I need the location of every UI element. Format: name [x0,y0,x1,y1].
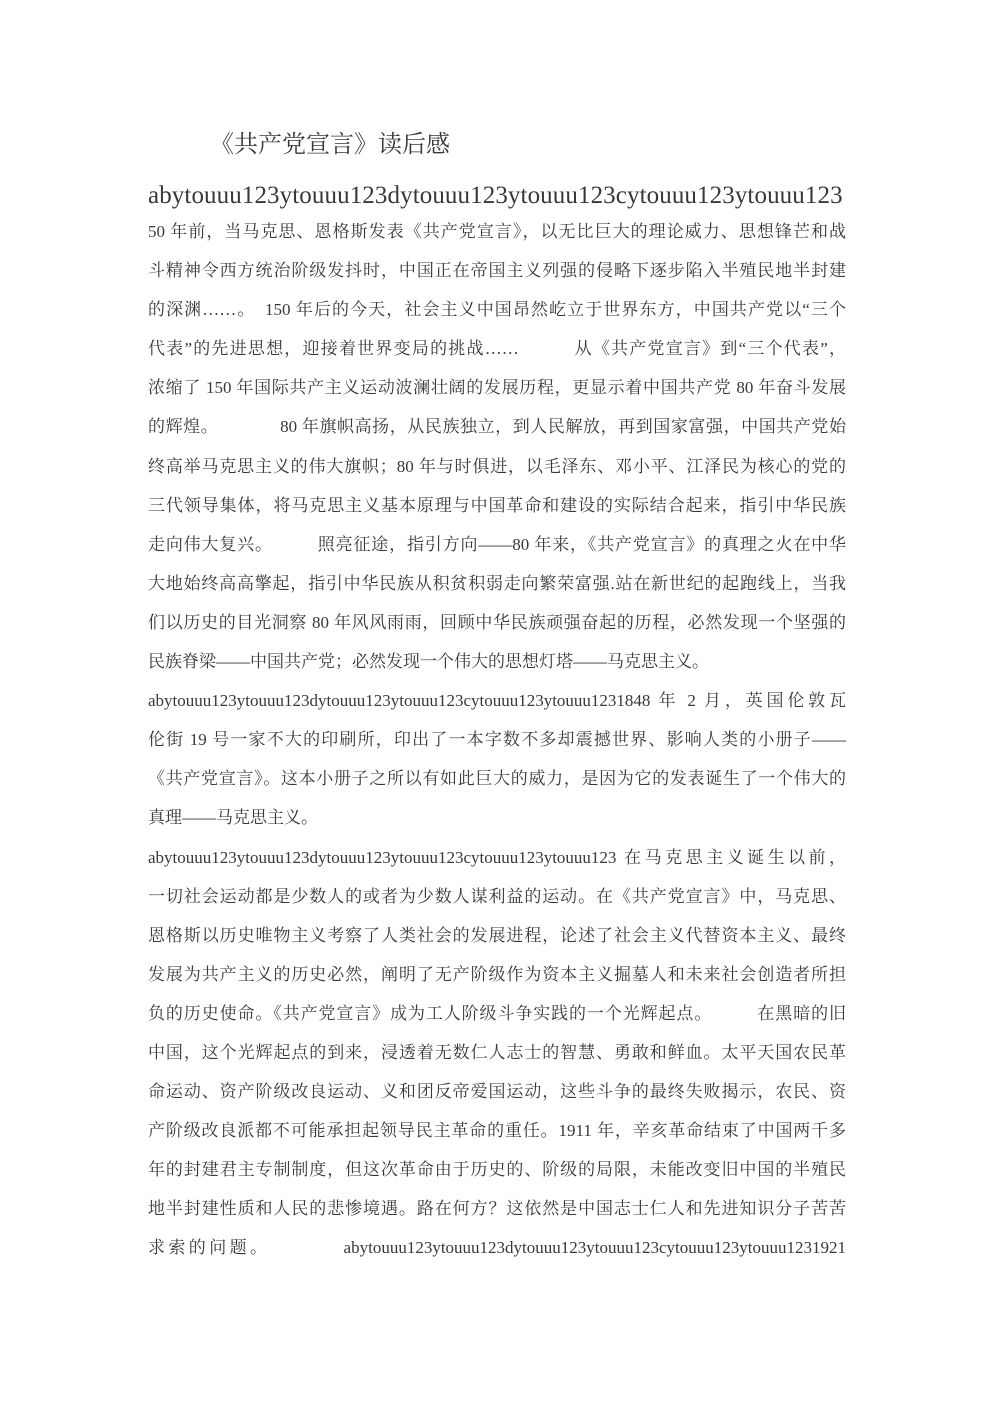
text-line: 求索的问题。 abytouuu123ytouuu123dytouuu123yto… [148,1228,846,1267]
document-content: 《共产党宣言》读后感 abytouuu123ytouuu123dytouuu12… [148,130,846,1268]
paragraph-3: abytouuu123ytouuu123dytouuu123ytouuu123c… [148,838,846,1268]
text-line: 们以历史的目光洞察 80 年风风雨雨，回顾中华民族顽强奋起的历程，必然发现一个坚… [148,603,846,642]
watermark-text: abytouuu123ytouuu123dytouuu123ytouuu123c… [148,180,846,212]
text-line: 的深渊……。 150 年后的今天，社会主义中国昂然屹立于世界东方，中国共产党以“… [148,290,846,329]
text-line: 《共产党宣言》。这本小册子之所以有如此巨大的威力，是因为它的发表诞生了一个伟大的 [148,759,846,798]
text-line: 年的封建君主专制制度，但这次革命由于历史的、阶级的局限，未能改变旧中国的半殖民 [148,1150,846,1189]
paragraph-1: 50 年前，当马克思、恩格斯发表《共产党宣言》，以无比巨大的理论威力、思想锋芒和… [148,212,846,681]
text-line: abytouuu123ytouuu123dytouuu123ytouuu123c… [148,681,846,720]
paragraph-2: abytouuu123ytouuu123dytouuu123ytouuu123c… [148,681,846,837]
text-line: 终高举马克思主义的伟大旗帜；80 年与时俱进，以毛泽东、邓小平、江泽民为核心的党… [148,447,846,486]
text-line: 发展为共产主义的历史必然，阐明了无产阶级作为资本主义掘墓人和未来社会创造者所担 [148,955,846,994]
text-line: 民族脊梁——中国共产党；必然发现一个伟大的思想灯塔——马克思主义。 [148,642,846,681]
text-line: 地半封建性质和人民的悲惨境遇。路在何方？这依然是中国志士仁人和先进知识分子苦苦 [148,1189,846,1228]
text-line: 代表”的先进思想，迎接着世界变局的挑战…… 从《共产党宣言》到“三个代表”， [148,329,846,368]
text-line: 命运动、资产阶级改良运动、义和团反帝爱国运动，这些斗争的最终失败揭示，农民、资 [148,1072,846,1111]
text-line: 的辉煌。 80 年旗帜高扬，从民族独立，到人民解放，再到国家富强，中国共产党始 [148,407,846,446]
text-line: 真理——马克思主义。 [148,798,846,837]
text-line: 伦街 19 号一家不大的印刷所，印出了一本字数不多却震撼世界、影响人类的小册子—… [148,720,846,759]
text-line: 三代领导集体，将马克思主义基本原理与中国革命和建设的实际结合起来，指引中华民族 [148,486,846,525]
text-line: 负的历史使命。《共产党宣言》成为工人阶级斗争实践的一个光辉起点。 在黑暗的旧 [148,994,846,1033]
text-line: 恩格斯以历史唯物主义考察了人类社会的发展进程，论述了社会主义代替资本主义、最终 [148,916,846,955]
text-line: 中国，这个光辉起点的到来，浸透着无数仁人志士的智慧、勇敢和鲜血。太平天国农民革 [148,1033,846,1072]
text-line: 50 年前，当马克思、恩格斯发表《共产党宣言》，以无比巨大的理论威力、思想锋芒和… [148,212,846,251]
text-line: abytouuu123ytouuu123dytouuu123ytouuu123c… [148,838,846,877]
text-line: 斗精神令西方统治阶级发抖时，中国正在帝国主义列强的侵略下逐步陷入半殖民地半封建 [148,251,846,290]
text-line: 产阶级改良派都不可能承担起领导民主革命的重任。1911 年，辛亥革命结束了中国两… [148,1111,846,1150]
text-line: 大地始终高高擎起，指引中华民族从积贫积弱走向繁荣富强.站在新世纪的起跑线上，当我 [148,564,846,603]
document-page: 《共产党宣言》读后感 abytouuu123ytouuu123dytouuu12… [0,0,993,1404]
text-line: 一切社会运动都是少数人的或者为少数人谋利益的运动。在《共产党宣言》中，马克思、 [148,877,846,916]
document-title: 《共产党宣言》读后感 [148,130,846,160]
text-line: 浓缩了 150 年国际共产主义运动波澜壮阔的发展历程，更显示着中国共产党 80 … [148,368,846,407]
text-line: 走向伟大复兴。 照亮征途，指引方向——80 年来，《共产党宣言》的真理之火在中华 [148,525,846,564]
